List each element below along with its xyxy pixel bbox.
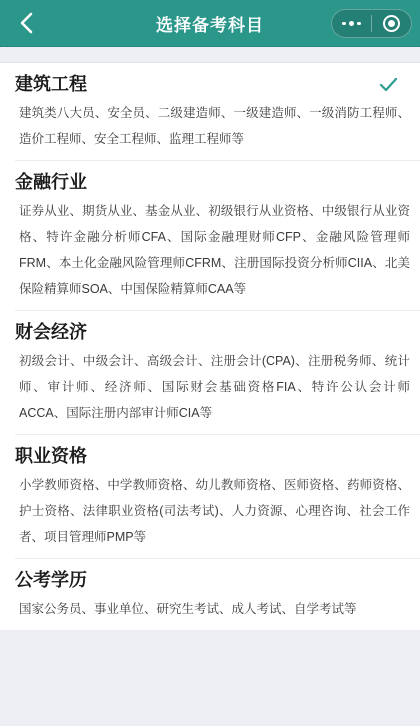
list-item-finance[interactable]: 金融行业 证券从业、期货从业、基金从业、初级银行从业资格、中级银行从业资格、特许… (15, 160, 420, 310)
section-description: 证券从业、期货从业、基金从业、初级银行从业资格、中级银行从业资格、特许金融分析师… (15, 198, 420, 302)
mini-program-screen: 选择备考科目 建筑工程 建筑类八大员、安全员、 (0, 0, 420, 726)
section-description: 建筑类八大员、安全员、二级建造师、一级建造师、一级消防工程师、造价工程师、安全工… (0, 100, 420, 152)
section-description: 国家公务员、事业单位、研究生考试、成人考试、自学考试等 (15, 596, 420, 622)
list-item-civil-service[interactable]: 公考学历 国家公务员、事业单位、研究生考试、成人考试、自学考试等 (15, 558, 420, 630)
section-title: 建筑工程 (15, 72, 87, 97)
back-button[interactable] (6, 0, 46, 46)
chevron-left-icon (20, 12, 33, 34)
section-title: 公考学历 (15, 568, 87, 593)
header-content-gap (0, 47, 420, 63)
section-description: 初级会计、中级会计、高级会计、注册会计(CPA)、注册税务师、统计师、审计师、经… (15, 348, 420, 426)
target-circle-icon (383, 15, 400, 32)
list-item-construction[interactable]: 建筑工程 建筑类八大员、安全员、二级建造师、一级建造师、一级消防工程师、造价工程… (0, 63, 420, 160)
navbar: 选择备考科目 (0, 0, 420, 47)
section-title: 金融行业 (15, 170, 87, 195)
more-button[interactable] (332, 10, 371, 37)
section-title: 财会经济 (15, 320, 87, 345)
subject-list: 建筑工程 建筑类八大员、安全员、二级建造师、一级建造师、一级消防工程师、造价工程… (0, 63, 420, 630)
ellipsis-icon (342, 21, 361, 27)
exit-button[interactable] (372, 10, 411, 37)
list-item-accounting[interactable]: 财会经济 初级会计、中级会计、高级会计、注册会计(CPA)、注册税务师、统计师、… (15, 310, 420, 434)
checkmark-icon (379, 77, 398, 92)
section-title: 职业资格 (15, 444, 87, 469)
list-item-professional[interactable]: 职业资格 小学教师资格、中学教师资格、幼儿教师资格、医师资格、药师资格、护士资格… (15, 434, 420, 558)
wechat-capsule (331, 9, 412, 38)
section-description: 小学教师资格、中学教师资格、幼儿教师资格、医师资格、药师资格、护士资格、法律职业… (15, 472, 420, 550)
